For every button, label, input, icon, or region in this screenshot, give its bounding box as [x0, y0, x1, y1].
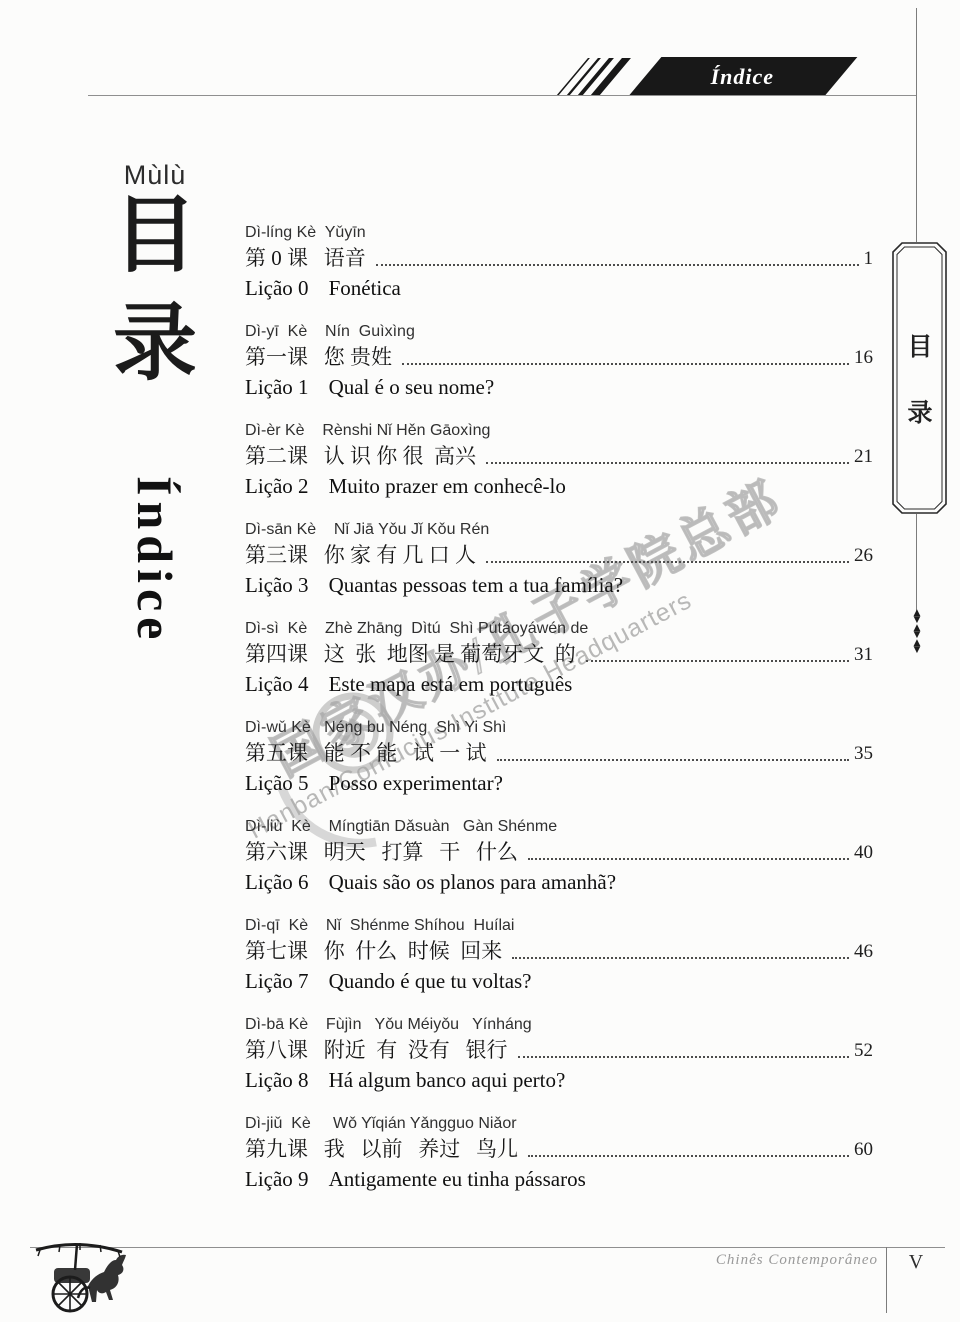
- dotted-leader: [497, 759, 850, 761]
- toc-entry-title: Quantas pessoas tem a tua família?: [329, 573, 623, 597]
- toc-entry-hanzi-line: 第一课 您 贵姓 16: [245, 343, 873, 372]
- toc-entry: Dì-sì Kè Zhè Zhāng Dìtú Shì Pútáoyáwén d…: [245, 617, 873, 699]
- toc-entry: Dì-jiǔ Kè Wǒ Yǐqián Yǎngguo Niǎor 第九课 我 …: [245, 1112, 873, 1194]
- toc-entry-lesson-label: Lição 8: [245, 1068, 309, 1092]
- toc-entry-page-number: 16: [854, 343, 873, 372]
- toc-entry-page-number: 52: [854, 1036, 873, 1065]
- toc-entry-hanzi: 第一课 您 贵姓: [245, 343, 392, 372]
- toc-entry-translation: Lição 0Fonética: [245, 273, 873, 303]
- toc-entry-lesson-label: Lição 6: [245, 870, 309, 894]
- toc-entry-translation: Lição 9Antigamente eu tinha pássaros: [245, 1164, 873, 1194]
- toc-entry-pinyin: Dì-jiǔ Kè Wǒ Yǐqián Yǎngguo Niǎor: [245, 1112, 873, 1135]
- toc-entry-hanzi-line: 第五课 能 不 能 试 一 试 35: [245, 739, 873, 768]
- toc-entry-title: Há algum banco aqui perto?: [329, 1068, 566, 1092]
- toc-entry: Dì-yī Kè Nín Guìxìng 第一课 您 贵姓 16 Lição 1…: [245, 320, 873, 402]
- toc-entry-translation: Lição 8Há algum banco aqui perto?: [245, 1065, 873, 1095]
- toc-entry-lesson-label: Lição 3: [245, 573, 309, 597]
- dotted-leader: [528, 1155, 849, 1157]
- toc-entry-hanzi: 第 0 课 语音: [245, 244, 366, 273]
- toc-entry-hanzi: 第九课 我 以前 养过 鸟儿: [245, 1135, 518, 1164]
- title-hanzi-mu: 目: [100, 191, 210, 283]
- title-hanzi-lu: 录: [100, 299, 210, 391]
- toc-entry-pinyin: Dì-liù Kè Míngtiān Dǎsuàn Gàn Shénme: [245, 815, 873, 838]
- toc-entry-hanzi: 第七课 你 什么 时候 回来: [245, 937, 502, 966]
- tab-hanzi-mu: 目: [907, 327, 932, 363]
- toc-entry: Dì-wǔ Kè Néng bu Néng Shì Yi Shì 第五课 能 不…: [245, 716, 873, 798]
- toc-entry-pinyin: Dì-sān Kè Nǐ Jiā Yǒu Jǐ Kǒu Rén: [245, 518, 873, 541]
- toc-entry-pinyin: Dì-líng Kè Yǔyīn: [245, 221, 873, 244]
- toc-entry-hanzi-line: 第九课 我 以前 养过 鸟儿 60: [245, 1135, 873, 1164]
- dotted-leader: [402, 363, 849, 365]
- title-vertical-indice: Índice: [126, 441, 184, 681]
- toc-entry-hanzi: 第八课 附近 有 没有 银行: [245, 1036, 508, 1065]
- toc-entry-lesson-label: Lição 0: [245, 276, 309, 300]
- left-title-column: Mùlù 目 录 Índice: [100, 160, 210, 686]
- book-page: Índice 目 录 ▲▼▲▼▲▼ Mùlù 目 录 Índice 国家汉办/孔…: [0, 0, 960, 1322]
- toc-entry-title: Fonética: [329, 276, 401, 300]
- chariot-logo: [30, 1236, 130, 1318]
- page-number: V: [887, 1251, 945, 1274]
- toc-entry-hanzi-line: 第七课 你 什么 时候 回来 46: [245, 937, 873, 966]
- toc-entry-hanzi: 第三课 你 家 有 几 口 人: [245, 541, 476, 570]
- toc-entry-lesson-label: Lição 5: [245, 771, 309, 795]
- toc-entry: Dì-sān Kè Nǐ Jiā Yǒu Jǐ Kǒu Rén 第三课 你 家 …: [245, 518, 873, 600]
- dotted-leader: [586, 660, 849, 662]
- toc-entry-lesson-label: Lição 4: [245, 672, 309, 696]
- dotted-leader: [528, 858, 849, 860]
- toc-entry-title: Antigamente eu tinha pássaros: [329, 1167, 586, 1191]
- toc-entry-page-number: 60: [854, 1135, 873, 1164]
- toc-entry-hanzi-line: 第三课 你 家 有 几 口 人 26: [245, 541, 873, 570]
- dotted-leader: [518, 1056, 850, 1058]
- toc-entry-hanzi-line: 第六课 明天 打算 干 什么 40: [245, 838, 873, 867]
- toc-entry-pinyin: Dì-sì Kè Zhè Zhāng Dìtú Shì Pútáoyáwén d…: [245, 617, 873, 640]
- toc-entry-translation: Lição 6Quais são os planos para amanhã?: [245, 867, 873, 897]
- toc-entry-title: Quais são os planos para amanhã?: [329, 870, 617, 894]
- toc-entry-translation: Lição 3Quantas pessoas tem a tua família…: [245, 570, 873, 600]
- header-stripes-decoration: [572, 58, 623, 96]
- toc-entry: Dì-èr Kè Rènshi Nǐ Hěn Gāoxìng 第二课 认 识 你…: [245, 419, 873, 501]
- toc-entry-translation: Lição 2Muito prazer em conhecê-lo: [245, 471, 873, 501]
- toc-entry-hanzi-line: 第四课 这 张 地图 是 葡萄牙文 的 31: [245, 640, 873, 669]
- toc-entry-hanzi-line: 第八课 附近 有 没有 银行 52: [245, 1036, 873, 1065]
- toc-entry-pinyin: Dì-èr Kè Rènshi Nǐ Hěn Gāoxìng: [245, 419, 873, 442]
- toc-entry-translation: Lição 5Posso experimentar?: [245, 768, 873, 798]
- dotted-leader: [486, 462, 849, 464]
- arrow-decoration: ▲▼▲▼▲▼: [908, 610, 926, 654]
- toc-entry-pinyin: Dì-wǔ Kè Néng bu Néng Shì Yi Shì: [245, 716, 873, 739]
- tab-hanzi-lu: 录: [907, 393, 932, 429]
- toc-entry: Dì-bā Kè Fùjìn Yǒu Méiyǒu Yínháng 第八课 附近…: [245, 1013, 873, 1095]
- right-rail-line-top: [916, 8, 917, 242]
- title-pinyin: Mùlù: [100, 160, 210, 191]
- toc-entry-page-number: 26: [854, 541, 873, 570]
- right-rail-line-bottom: [916, 514, 917, 612]
- toc-entry-page-number: 1: [864, 244, 874, 273]
- chapter-tab-box: 目 录: [892, 242, 948, 514]
- toc-entry-hanzi: 第五课 能 不 能 试 一 试: [245, 739, 487, 768]
- toc-entry-translation: Lição 4Este mapa está em português: [245, 669, 873, 699]
- toc-entry-translation: Lição 7Quando é que tu voltas?: [245, 966, 873, 996]
- toc-entry-hanzi: 第四课 这 张 地图 是 葡萄牙文 的: [245, 640, 576, 669]
- header-rule: [88, 95, 917, 96]
- toc-entry-hanzi-line: 第二课 认 识 你 很 高兴 21: [245, 442, 873, 471]
- toc-entry-lesson-label: Lição 1: [245, 375, 309, 399]
- toc-entry-page-number: 35: [854, 739, 873, 768]
- toc-entry-pinyin: Dì-bā Kè Fùjìn Yǒu Méiyǒu Yínháng: [245, 1013, 873, 1036]
- dotted-leader: [376, 264, 859, 266]
- toc-entry-translation: Lição 1Qual é o seu nome?: [245, 372, 873, 402]
- toc-entry-page-number: 40: [854, 838, 873, 867]
- toc-entry-title: Qual é o seu nome?: [329, 375, 495, 399]
- toc-entry-hanzi: 第六课 明天 打算 干 什么: [245, 838, 518, 867]
- toc-entry-title: Este mapa está em português: [329, 672, 573, 696]
- toc-entry-lesson-label: Lição 7: [245, 969, 309, 993]
- toc-entry-page-number: 21: [854, 442, 873, 471]
- toc-entry-lesson-label: Lição 9: [245, 1167, 309, 1191]
- footer-book-title: Chinês Contemporâneo: [690, 1252, 878, 1269]
- table-of-contents: Dì-líng Kè Yǔyīn 第 0 课 语音 1 Lição 0Fonét…: [245, 221, 873, 1211]
- header-banner-title: Índice: [711, 64, 774, 90]
- toc-entry: Dì-qī Kè Nǐ Shénme Shíhou Huílai 第七课 你 什…: [245, 914, 873, 996]
- toc-entry-lesson-label: Lição 2: [245, 474, 309, 498]
- dotted-leader: [486, 561, 849, 563]
- toc-entry-pinyin: Dì-yī Kè Nín Guìxìng: [245, 320, 873, 343]
- toc-entry: Dì-líng Kè Yǔyīn 第 0 课 语音 1 Lição 0Fonét…: [245, 221, 873, 303]
- toc-entry-pinyin: Dì-qī Kè Nǐ Shénme Shíhou Huílai: [245, 914, 873, 937]
- header-banner: Índice: [629, 57, 858, 96]
- dotted-leader: [512, 957, 849, 959]
- toc-entry-hanzi: 第二课 认 识 你 很 高兴: [245, 442, 476, 471]
- toc-entry-title: Quando é que tu voltas?: [329, 969, 532, 993]
- toc-entry-page-number: 46: [854, 937, 873, 966]
- toc-entry: Dì-liù Kè Míngtiān Dǎsuàn Gàn Shénme 第六课…: [245, 815, 873, 897]
- arrow-glyph: ▼: [908, 647, 926, 654]
- toc-entry-title: Posso experimentar?: [329, 771, 503, 795]
- toc-entry-page-number: 31: [854, 640, 873, 669]
- toc-entry-title: Muito prazer em conhecê-lo: [329, 474, 566, 498]
- toc-entry-hanzi-line: 第 0 课 语音 1: [245, 244, 873, 273]
- footer-rule: [30, 1247, 945, 1248]
